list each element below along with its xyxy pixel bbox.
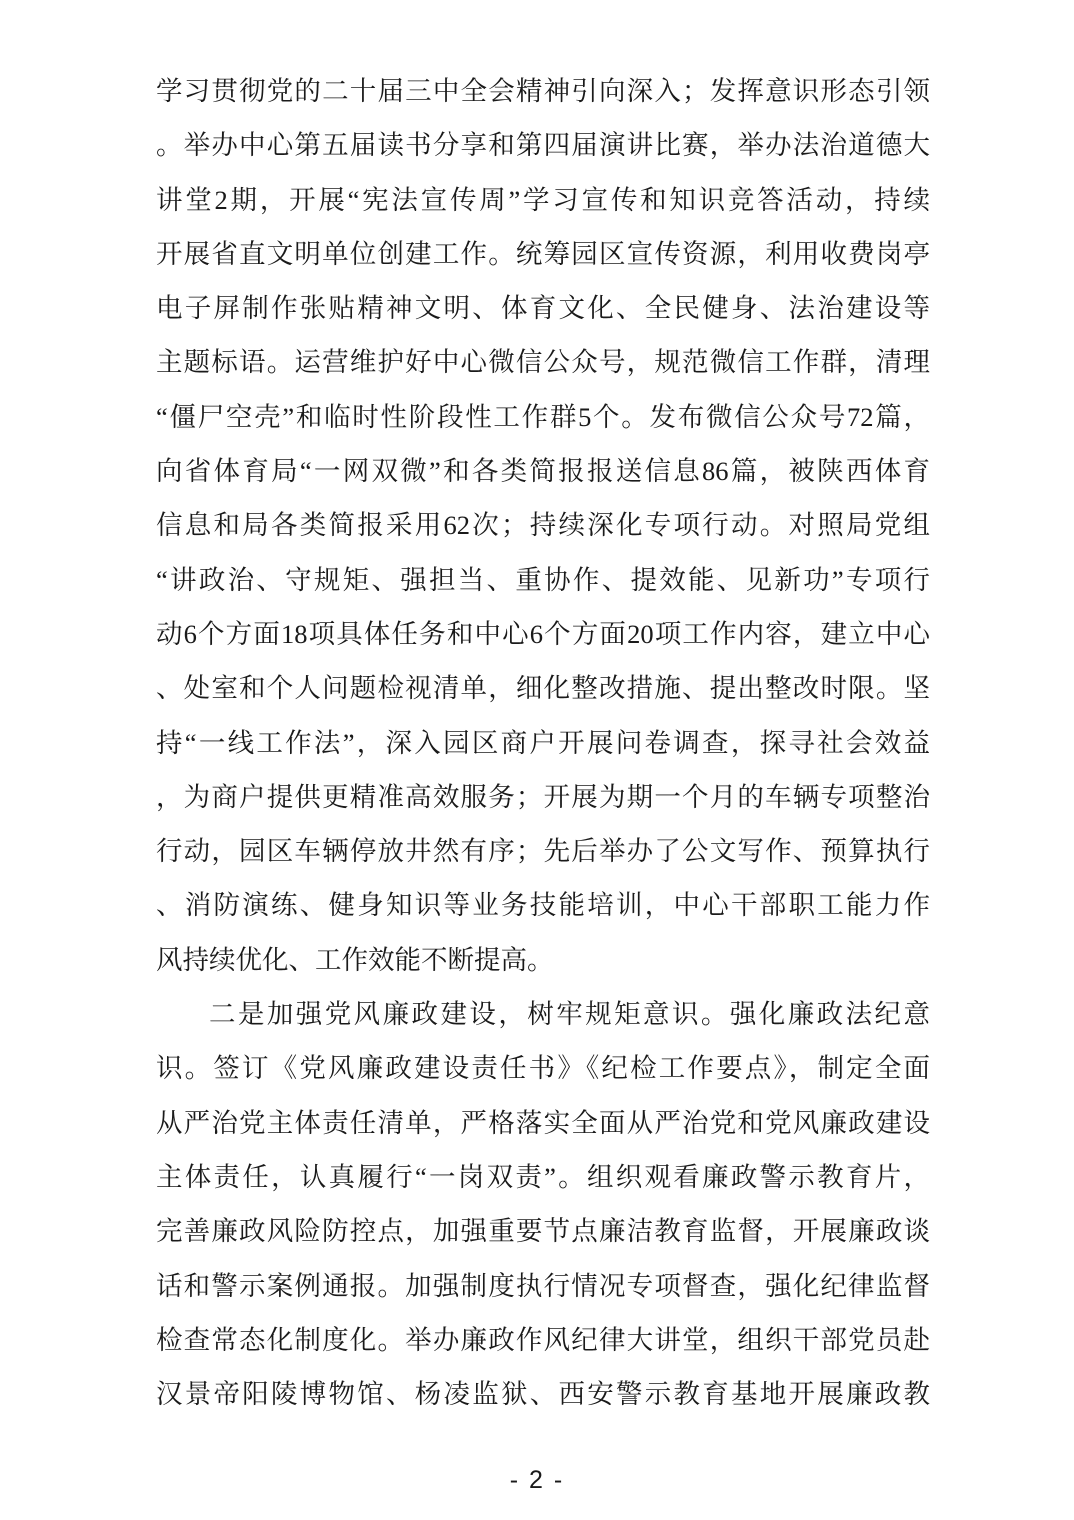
text-line: 信息和局各类简报采用62次；持续深化专项行动。对照局党组 [156, 498, 930, 552]
document-body: 学习贯彻党的二十届三中全会精神引向深入；发挥意识形态引领 。举办中心第五届读书分… [156, 64, 930, 1421]
text-line: 、处室和个人问题检视清单，细化整改措施、提出整改时限。坚 [156, 661, 930, 715]
text-line: 、消防演练、健身知识等业务技能培训，中心干部职工能力作 [156, 878, 930, 932]
text-line: 汉景帝阳陵博物馆、杨凌监狱、西安警示教育基地开展廉政教 [156, 1367, 930, 1421]
text-line: 向省体育局“一网双微”和各类简报报送信息86篇，被陕西体育 [156, 444, 930, 498]
text-line: 主体责任，认真履行“一岗双责”。组织观看廉政警示教育片， [156, 1150, 930, 1204]
document-page: 学习贯彻党的二十届三中全会精神引向深入；发挥意识形态引领 。举办中心第五届读书分… [0, 0, 1074, 1520]
text-line: 开展省直文明单位创建工作。统筹园区宣传资源，利用收费岗亭 [156, 227, 930, 281]
text-line: “讲政治、守规矩、强担当、重协作、提效能、见新功”专项行 [156, 553, 930, 607]
text-line: 动6个方面18项具体任务和中心6个方面20项工作内容，建立中心 [156, 607, 930, 661]
text-line: 检查常态化制度化。举办廉政作风纪律大讲堂，组织干部党员赴 [156, 1313, 930, 1367]
text-line: 学习贯彻党的二十届三中全会精神引向深入；发挥意识形态引领 [156, 64, 930, 118]
text-line: 。举办中心第五届读书分享和第四届演讲比赛，举办法治道德大 [156, 118, 930, 172]
page-footer: - 2 - [0, 1466, 1074, 1495]
text-line: 讲堂2期，开展“宪法宣传周”学习宣传和知识竞答活动，持续 [156, 173, 930, 227]
text-line: 完善廉政风险防控点，加强重要节点廉洁教育监督，开展廉政谈 [156, 1204, 930, 1258]
text-line: ，为商户提供更精准高效服务；开展为期一个月的车辆专项整治 [156, 770, 930, 824]
text-line-paragraph-start: 二是加强党风廉政建设，树牢规矩意识。强化廉政法纪意 [156, 987, 930, 1041]
text-line: 识。签订《党风廉政建设责任书》《纪检工作要点》，制定全面 [156, 1041, 930, 1095]
text-line: 电子屏制作张贴精神文明、体育文化、全民健身、法治建设等 [156, 281, 930, 335]
text-line-paragraph-end: 风持续优化、工作效能不断提高。 [156, 933, 930, 987]
text-line: 从严治党主体责任清单，严格落实全面从严治党和党风廉政建设 [156, 1096, 930, 1150]
text-line: 行动，园区车辆停放井然有序；先后举办了公文写作、预算执行 [156, 824, 930, 878]
text-line: “僵尸空壳”和临时性阶段性工作群5个。发布微信公众号72篇， [156, 390, 930, 444]
page-number: - 2 - [510, 1466, 564, 1494]
text-line: 话和警示案例通报。加强制度执行情况专项督查，强化纪律监督 [156, 1259, 930, 1313]
text-line: 主题标语。运营维护好中心微信公众号，规范微信工作群，清理 [156, 335, 930, 389]
text-line: 持“一线工作法”，深入园区商户开展问卷调查，探寻社会效益 [156, 716, 930, 770]
